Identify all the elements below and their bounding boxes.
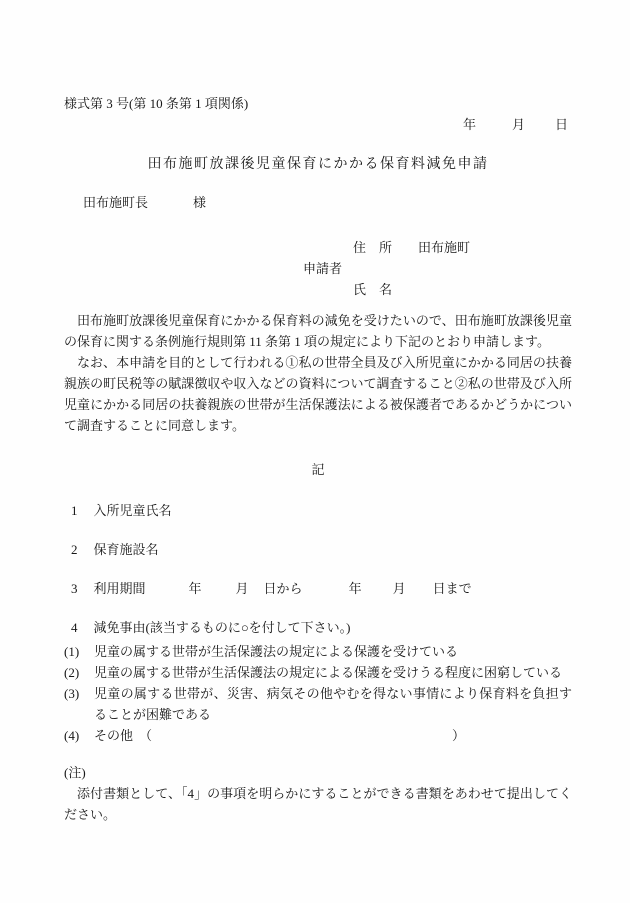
item-number: 2: [71, 539, 78, 560]
date-line: 年月日: [64, 114, 572, 135]
applicant-address-row: 住 所田布施町: [353, 237, 470, 258]
addressee-name: 田布施町長: [83, 195, 148, 210]
item-label: 保育施設名: [94, 542, 159, 557]
application-form-page: 様式第 3 号(第 10 条第 1 項関係) 年月日 田布施町放課後児童保育にか…: [0, 0, 630, 903]
applicant-block: 申請者 住 所田布施町 氏 名: [303, 237, 572, 300]
addressee-honorific: 様: [193, 195, 206, 210]
reason-text: 児童の属する世帯が生活保護法の規定による保護を受けうる程度に困窮している: [94, 665, 562, 680]
reason-text: その他: [94, 728, 133, 743]
reason-text: 児童の属する世帯が、災害、病気その他やむを得ない事情により保育料を負担することが…: [94, 686, 572, 722]
record-marker: 記: [64, 459, 572, 480]
date-day-label: 日: [555, 117, 568, 132]
period-to-day-label: 日まで: [433, 581, 472, 596]
period-from-month-label: 月: [236, 581, 249, 596]
period-from-day-label: 日から: [264, 581, 303, 596]
note-heading: (注): [64, 762, 572, 783]
name-label: 氏 名: [353, 282, 392, 297]
reason-marker: (1): [64, 641, 79, 662]
item-label: 入所児童氏名: [94, 503, 172, 518]
date-year-label: 年: [463, 117, 476, 132]
period-to-year-label: 年: [349, 581, 362, 596]
item-child-name: 1入所児童氏名: [64, 500, 572, 521]
blank-paren-open: （: [139, 728, 152, 743]
date-month-label: 月: [512, 117, 525, 132]
period-from-year-label: 年: [189, 581, 202, 596]
reason-text: 児童の属する世帯が生活保護法の規定による保護を受けている: [94, 644, 458, 659]
reason-list: (1)児童の属する世帯が生活保護法の規定による保護を受けている (2)児童の属す…: [64, 641, 572, 746]
applicant-role-label: 申請者: [303, 258, 342, 279]
reason-marker: (2): [64, 662, 79, 683]
item-label: 利用期間: [94, 581, 146, 596]
form-number: 様式第 3 号(第 10 条第 1 項関係): [64, 93, 572, 114]
page-title: 田布施町放課後児童保育にかかる保育料減免申請: [64, 154, 572, 175]
note-text: 添付書類として、「4」の事項を明らかにすることができる書類をあわせて提出してくだ…: [64, 783, 572, 825]
applicant-fields: 住 所田布施町 氏 名: [353, 237, 470, 300]
reason-option-4: (4)その他（）: [64, 725, 572, 746]
period-to-month-label: 月: [393, 581, 406, 596]
paragraph-request: 田布施町放課後児童保育にかかる保育料の減免を受けたいので、田布施町放課後児童の保…: [64, 310, 572, 352]
reason-marker: (4): [64, 725, 79, 746]
item-usage-period: 3利用期間年月日から年月日まで: [64, 578, 572, 599]
reason-option-3: (3)児童の属する世帯が、災害、病気その他やむを得ない事情により保育料を負担する…: [64, 683, 572, 725]
address-value: 田布施町: [418, 240, 470, 255]
reason-marker: (3): [64, 683, 79, 704]
address-label: 住 所: [353, 240, 392, 255]
item-number: 1: [71, 500, 78, 521]
applicant-name-row: 氏 名: [353, 279, 470, 300]
item-number: 3: [71, 578, 78, 599]
reason-option-2: (2)児童の属する世帯が生活保護法の規定による保護を受けうる程度に困窮している: [64, 662, 572, 683]
body-paragraphs: 田布施町放課後児童保育にかかる保育料の減免を受けたいので、田布施町放課後児童の保…: [64, 310, 572, 436]
reason-option-1: (1)児童の属する世帯が生活保護法の規定による保護を受けている: [64, 641, 572, 662]
form-items: 1入所児童氏名 2保育施設名 3利用期間年月日から年月日まで 4減免事由(該当す…: [64, 500, 572, 638]
item-number: 4: [71, 617, 78, 638]
addressee-line: 田布施町長様: [83, 192, 572, 213]
blank-paren-close: ）: [452, 728, 465, 743]
item-exemption-reason: 4減免事由(該当するものに○を付して下さい。): [64, 617, 572, 638]
paragraph-consent: なお、本申請を目的として行われる①私の世帯全員及び入所児童にかかる同居の扶養親族…: [64, 352, 572, 436]
item-label: 減免事由(該当するものに○を付して下さい。): [94, 620, 351, 635]
item-facility-name: 2保育施設名: [64, 539, 572, 560]
